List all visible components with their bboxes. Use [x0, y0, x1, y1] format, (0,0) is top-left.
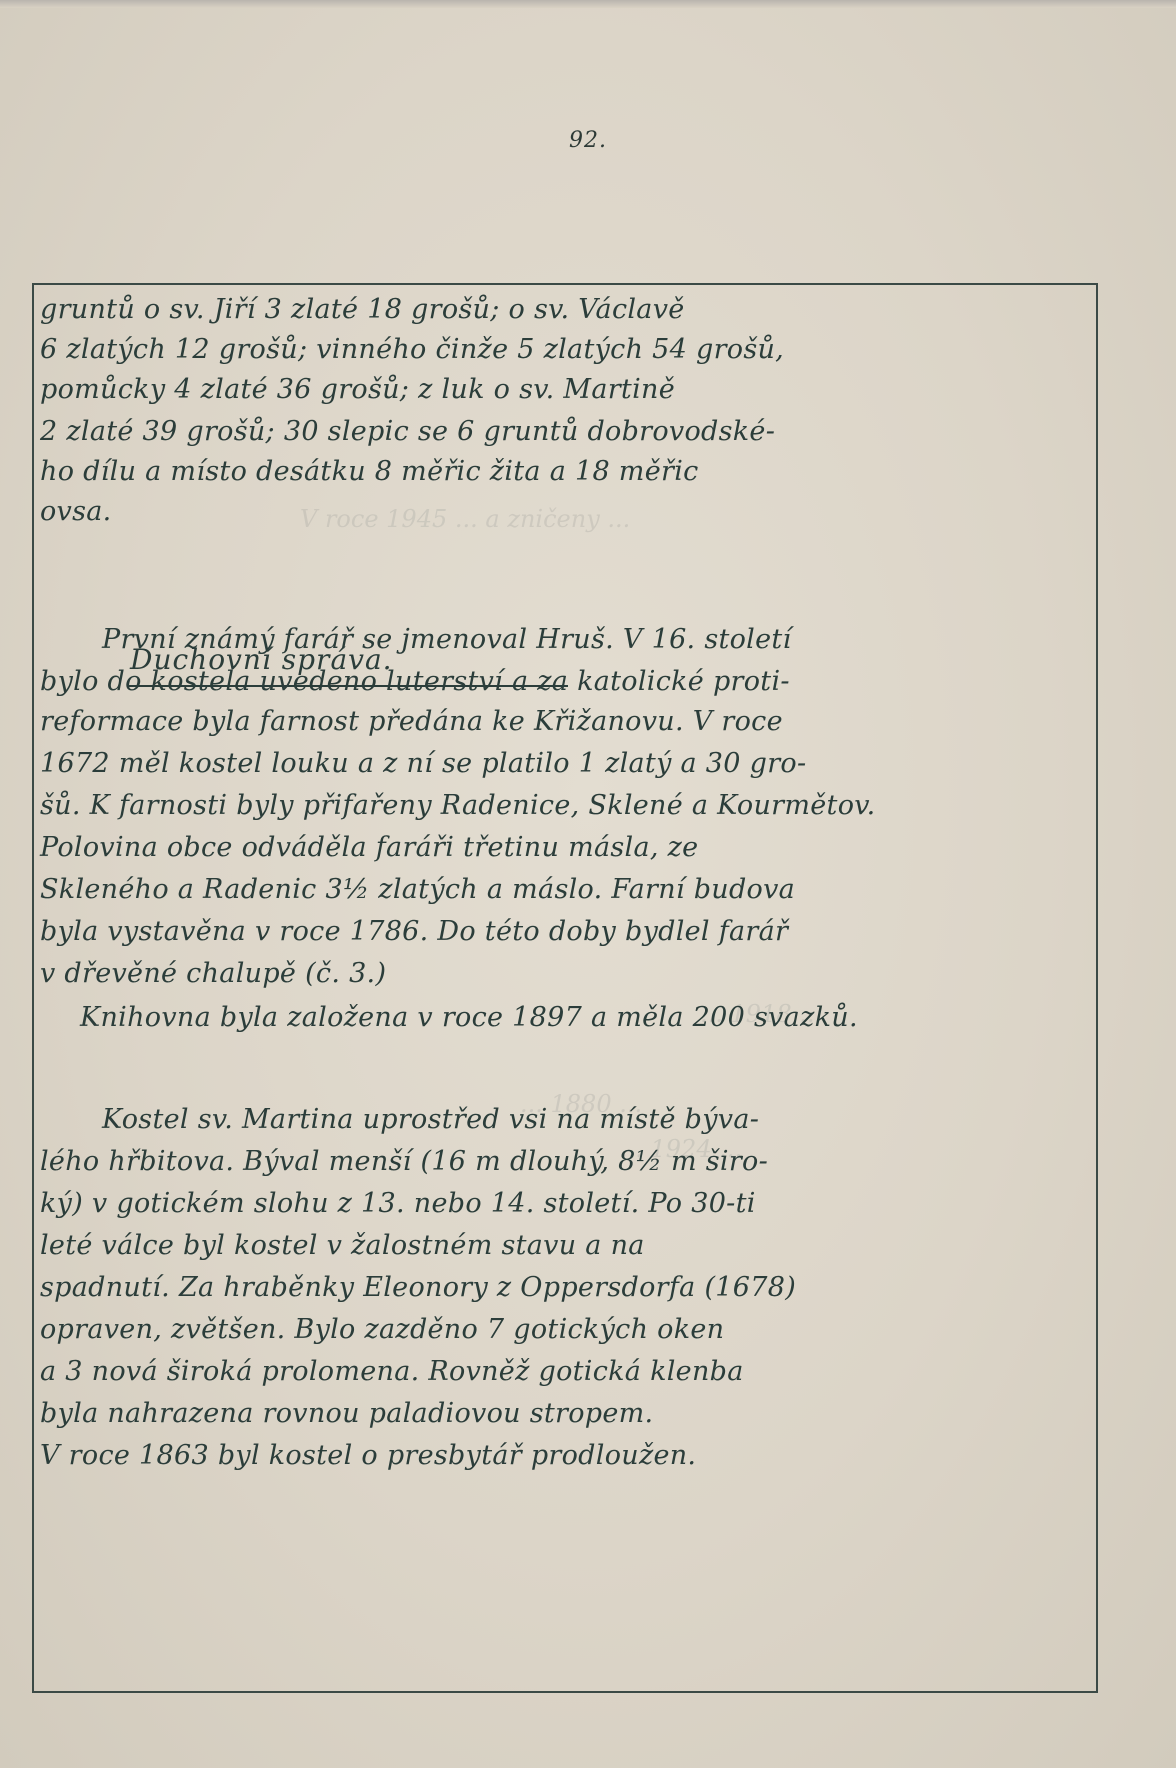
text-line: a 3 nová široká prolomena. Rovněž gotick… [40, 1352, 744, 1392]
text-line: bylo do kostela uvedeno luterství a za k… [40, 662, 790, 702]
text-line: ovsa. [40, 492, 112, 532]
page-number: 92. [0, 128, 1176, 153]
text-line: Skleného a Radenic 3½ zlatých a máslo. F… [40, 870, 795, 910]
text-line: pomůcky 4 zlaté 36 grošů; z luk o sv. Ma… [40, 370, 675, 410]
text-line: V roce 1863 byl kostel o presbytář prodl… [40, 1436, 696, 1476]
text-line: leté válce byl kostel v žalostném stavu … [40, 1226, 645, 1266]
text-line: byla nahrazena rovnou paladiovou stropem… [40, 1394, 653, 1434]
text-line: 1672 měl kostel louku a z ní se platilo … [40, 744, 806, 784]
text-line: Kostel sv. Martina uprostřed vsi na míst… [40, 1100, 759, 1140]
text-line: v dřevěné chalupě (č. 3.) [40, 954, 386, 994]
text-line: opraven, zvětšen. Bylo zazděno 7 gotický… [40, 1310, 724, 1350]
text-line: spadnutí. Za hraběnky Eleonory z Oppersd… [40, 1268, 796, 1308]
text-line: ký) v gotickém slohu z 13. nebo 14. stol… [40, 1184, 756, 1224]
page-edge [0, 0, 1176, 8]
text-line: Knihovna byla založena v roce 1897 a měl… [40, 998, 858, 1038]
text-line: ho dílu a místo desátku 8 měřic žita a 1… [40, 452, 699, 492]
text-line: První známý farář se jmenoval Hruš. V 16… [40, 620, 791, 660]
text-line: reformace byla farnost předána ke Křižan… [40, 702, 783, 742]
bleed-through-text: V roce 1945 ... a zničeny ... [300, 505, 630, 533]
text-line: byla vystavěna v roce 1786. Do této doby… [40, 912, 788, 952]
text-line: šů. K farnosti byly přifařeny Radenice, … [40, 786, 875, 826]
text-line: gruntů o sv. Jiří 3 zlaté 18 grošů; o sv… [40, 290, 685, 330]
text-line: Polovina obce odváděla faráři třetinu má… [40, 828, 698, 868]
text-line: 6 zlatých 12 grošů; vinného činže 5 zlat… [40, 330, 784, 370]
text-line: 2 zlaté 39 grošů; 30 slepic se 6 gruntů … [40, 412, 775, 452]
text-line: lého hřbitova. Býval menší (16 m dlouhý,… [40, 1142, 768, 1182]
